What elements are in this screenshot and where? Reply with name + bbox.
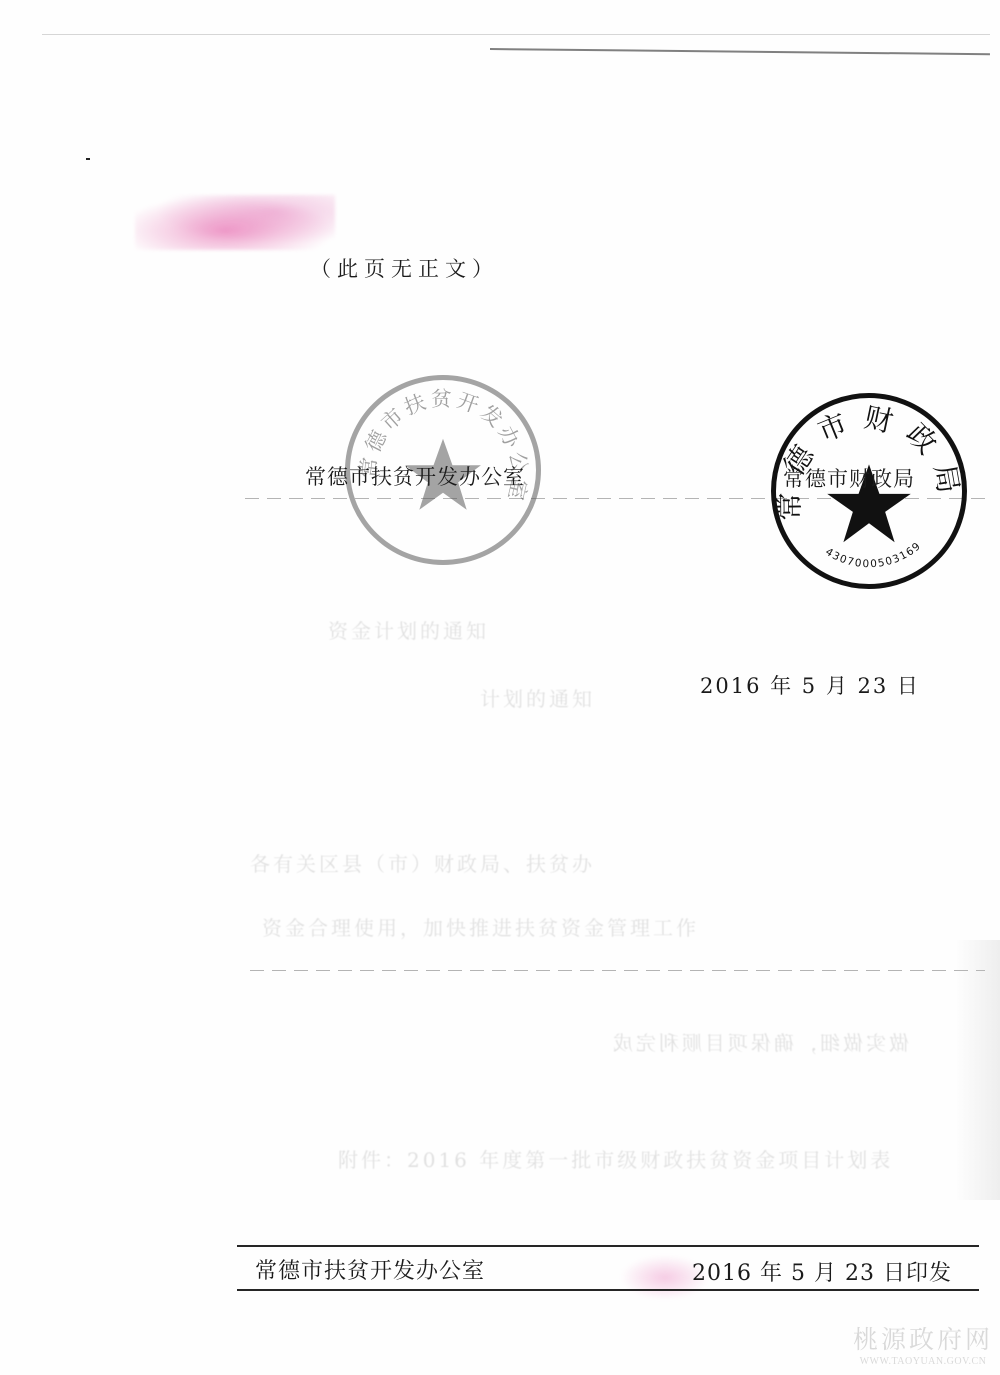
issuance-date: 2016 年 5 月 23 日印发 — [692, 1256, 952, 1287]
bleed-through-rule — [250, 970, 985, 971]
scan-edge-line — [42, 34, 990, 35]
scan-speck — [86, 158, 90, 160]
bleed-through-text: 附件：2016 年度第一批市级财政扶贫资金项目计划表 — [338, 1144, 893, 1173]
bleed-through-text: 资金计划的通知 — [328, 615, 489, 644]
watermark-site-name: 桃源政府网 — [848, 1325, 998, 1355]
document-page: （此页无正文） 资金计划的通知 计划的通知 各有关区县（市）财政局、扶贫办 资金… — [0, 0, 1000, 1375]
no-body-text-note: （此页无正文） — [310, 253, 499, 283]
scan-shadow — [955, 940, 1000, 1200]
seal-serial-number: 4307000503169 — [823, 540, 924, 571]
site-watermark: 桃源政府网 WWW.TAOYUAN.GOV.CN — [848, 1325, 998, 1369]
bleed-through-text: 资金合理使用，加快推进扶贫资金管理工作 — [262, 912, 699, 941]
issuing-office: 常德市扶贫开发办公室 — [255, 1254, 485, 1285]
scan-edge-line-dark — [490, 48, 990, 55]
footer-top-rule — [237, 1245, 979, 1247]
pink-ink-smudge — [135, 195, 335, 250]
footer-bottom-rule — [237, 1289, 979, 1291]
watermark-url: WWW.TAOYUAN.GOV.CN — [848, 1355, 998, 1369]
signatory-name: 常德市财政局 — [783, 463, 915, 493]
bleed-through-text: 各有关区县（市）财政局、扶贫办 — [250, 848, 595, 877]
signing-date: 2016 年 5 月 23 日 — [700, 670, 920, 700]
bleed-through-text: 做实做细，确保项目顺利完成 — [610, 1027, 909, 1056]
bleed-through-text: 计划的通知 — [480, 683, 595, 712]
signatory-name: 常德市扶贫开发办公室 — [305, 461, 525, 491]
svg-text:4307000503169: 4307000503169 — [823, 540, 924, 571]
